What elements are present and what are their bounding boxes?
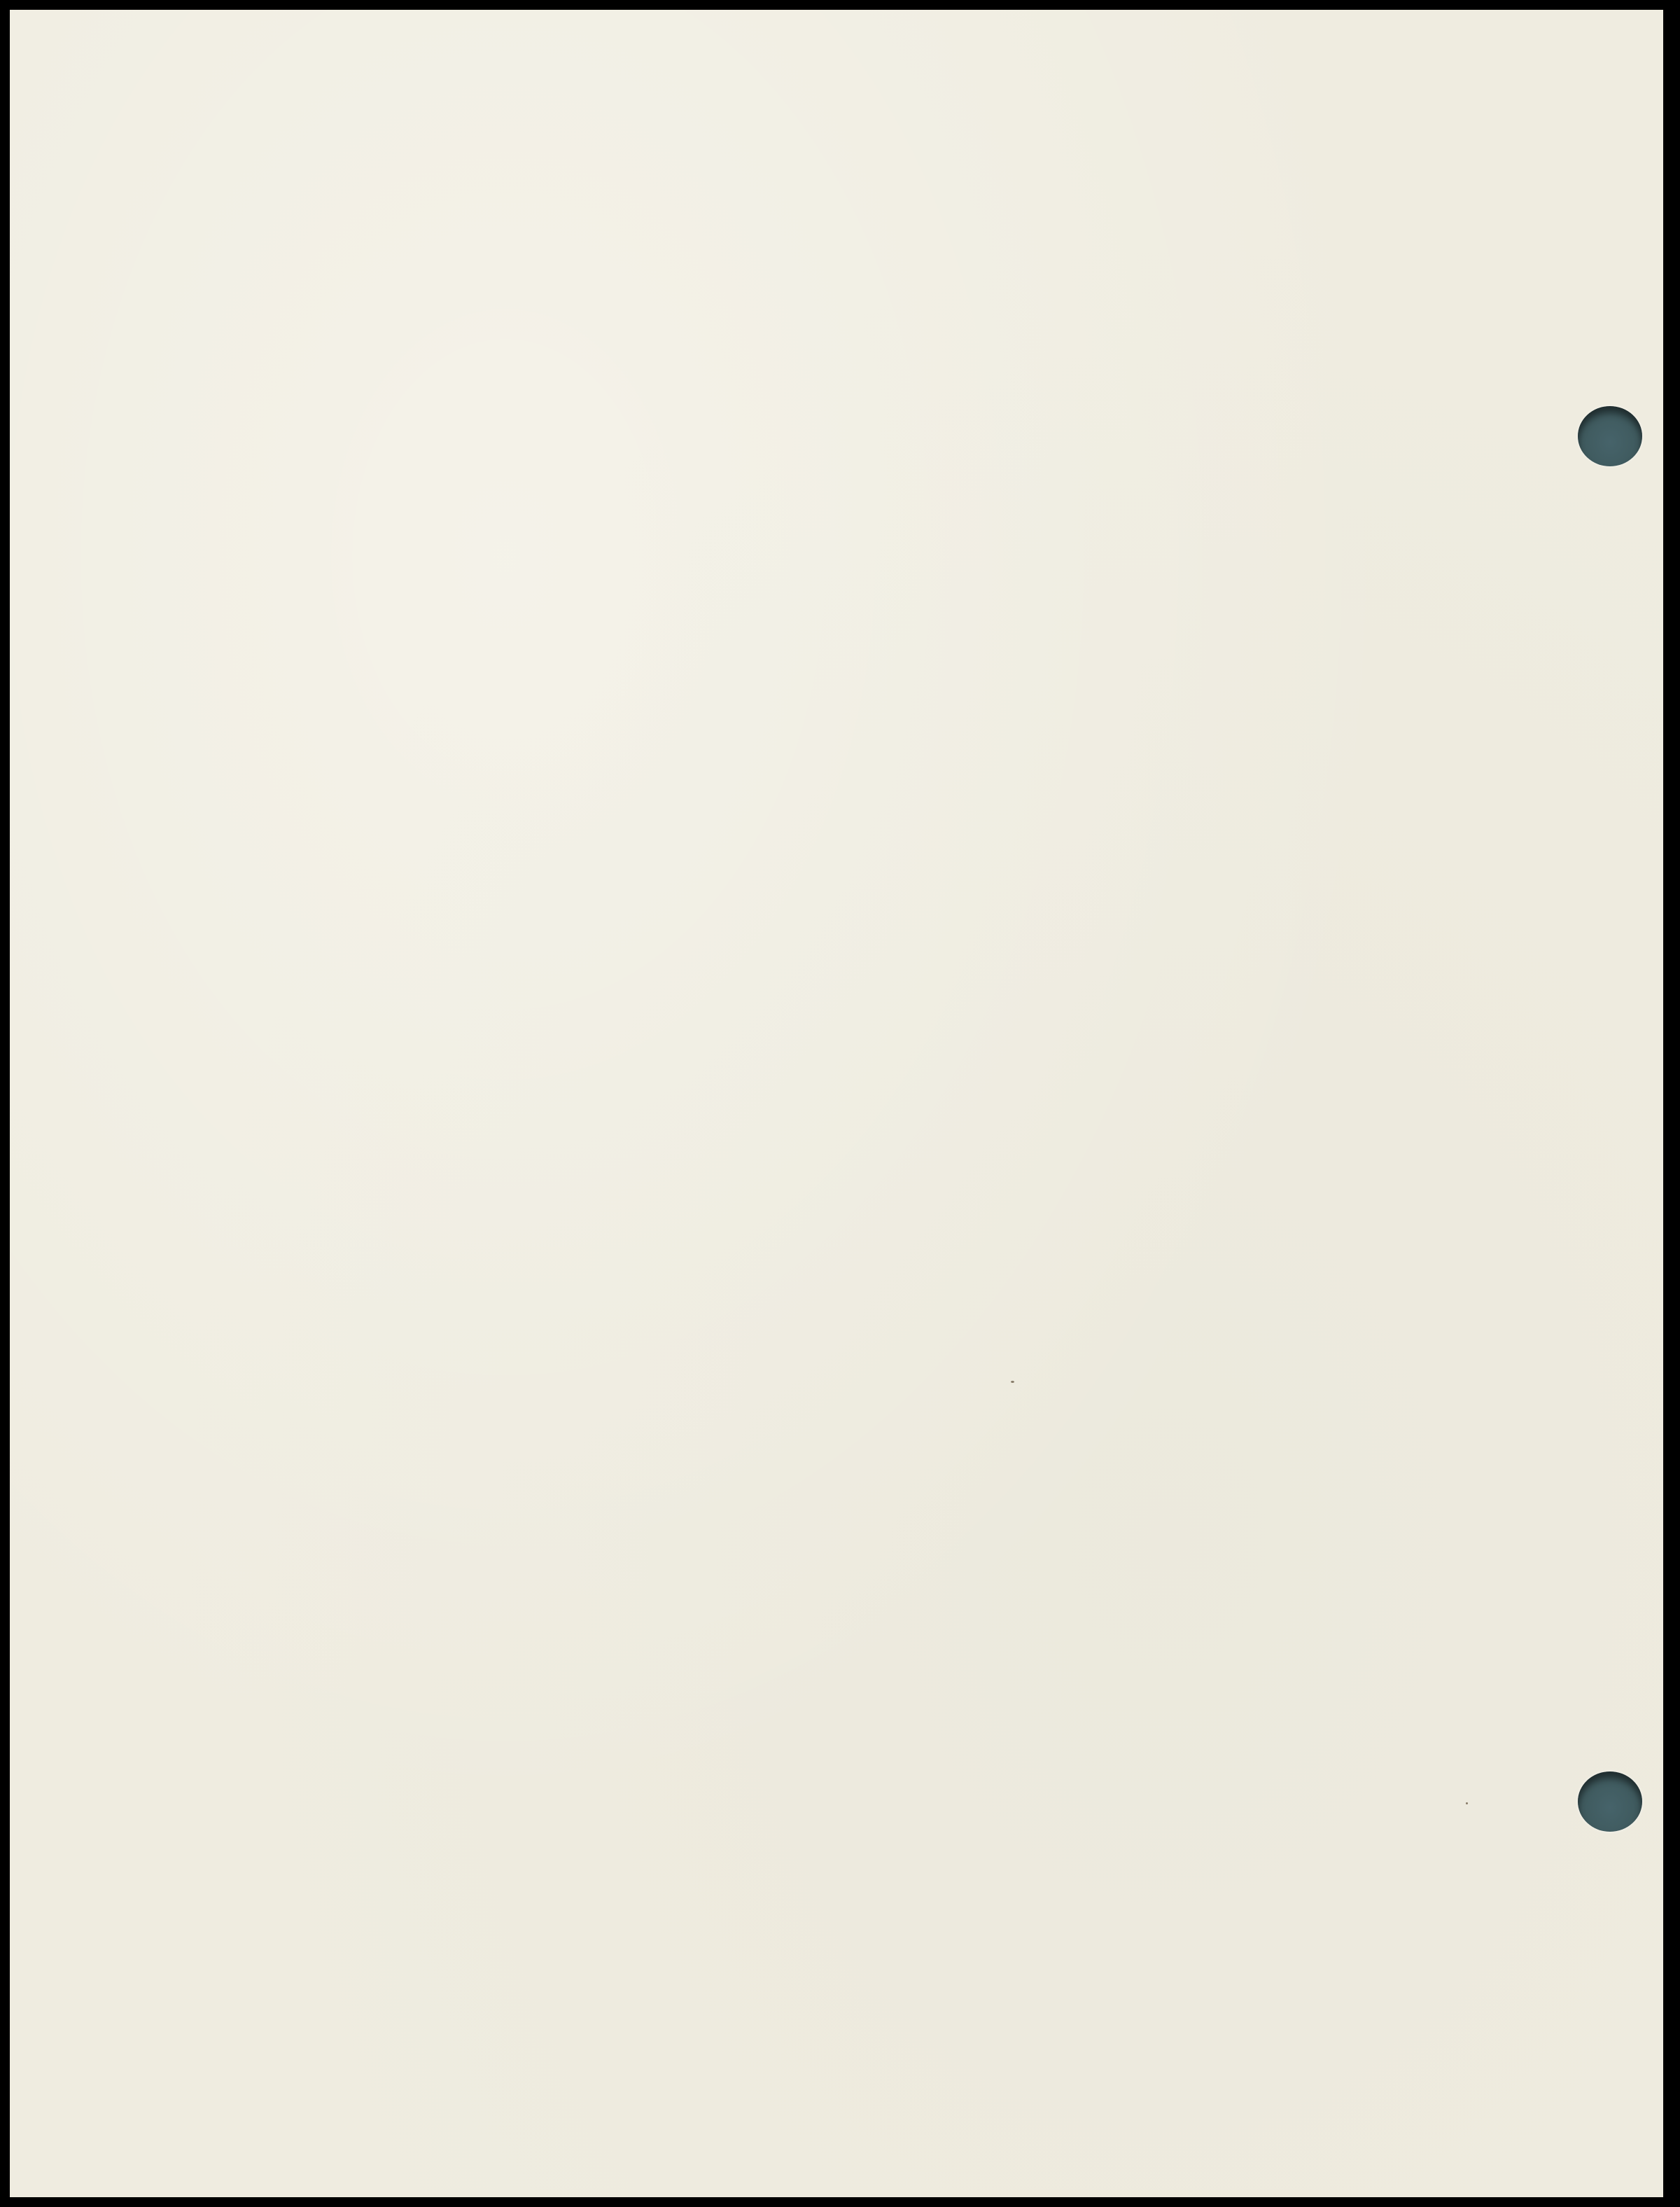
paper-speck xyxy=(1466,1802,1468,1804)
punch-hole-bottom xyxy=(1578,1771,1642,1832)
blank-page xyxy=(10,10,1663,2197)
paper-speck xyxy=(1011,1381,1014,1383)
punch-hole-top xyxy=(1578,406,1642,466)
